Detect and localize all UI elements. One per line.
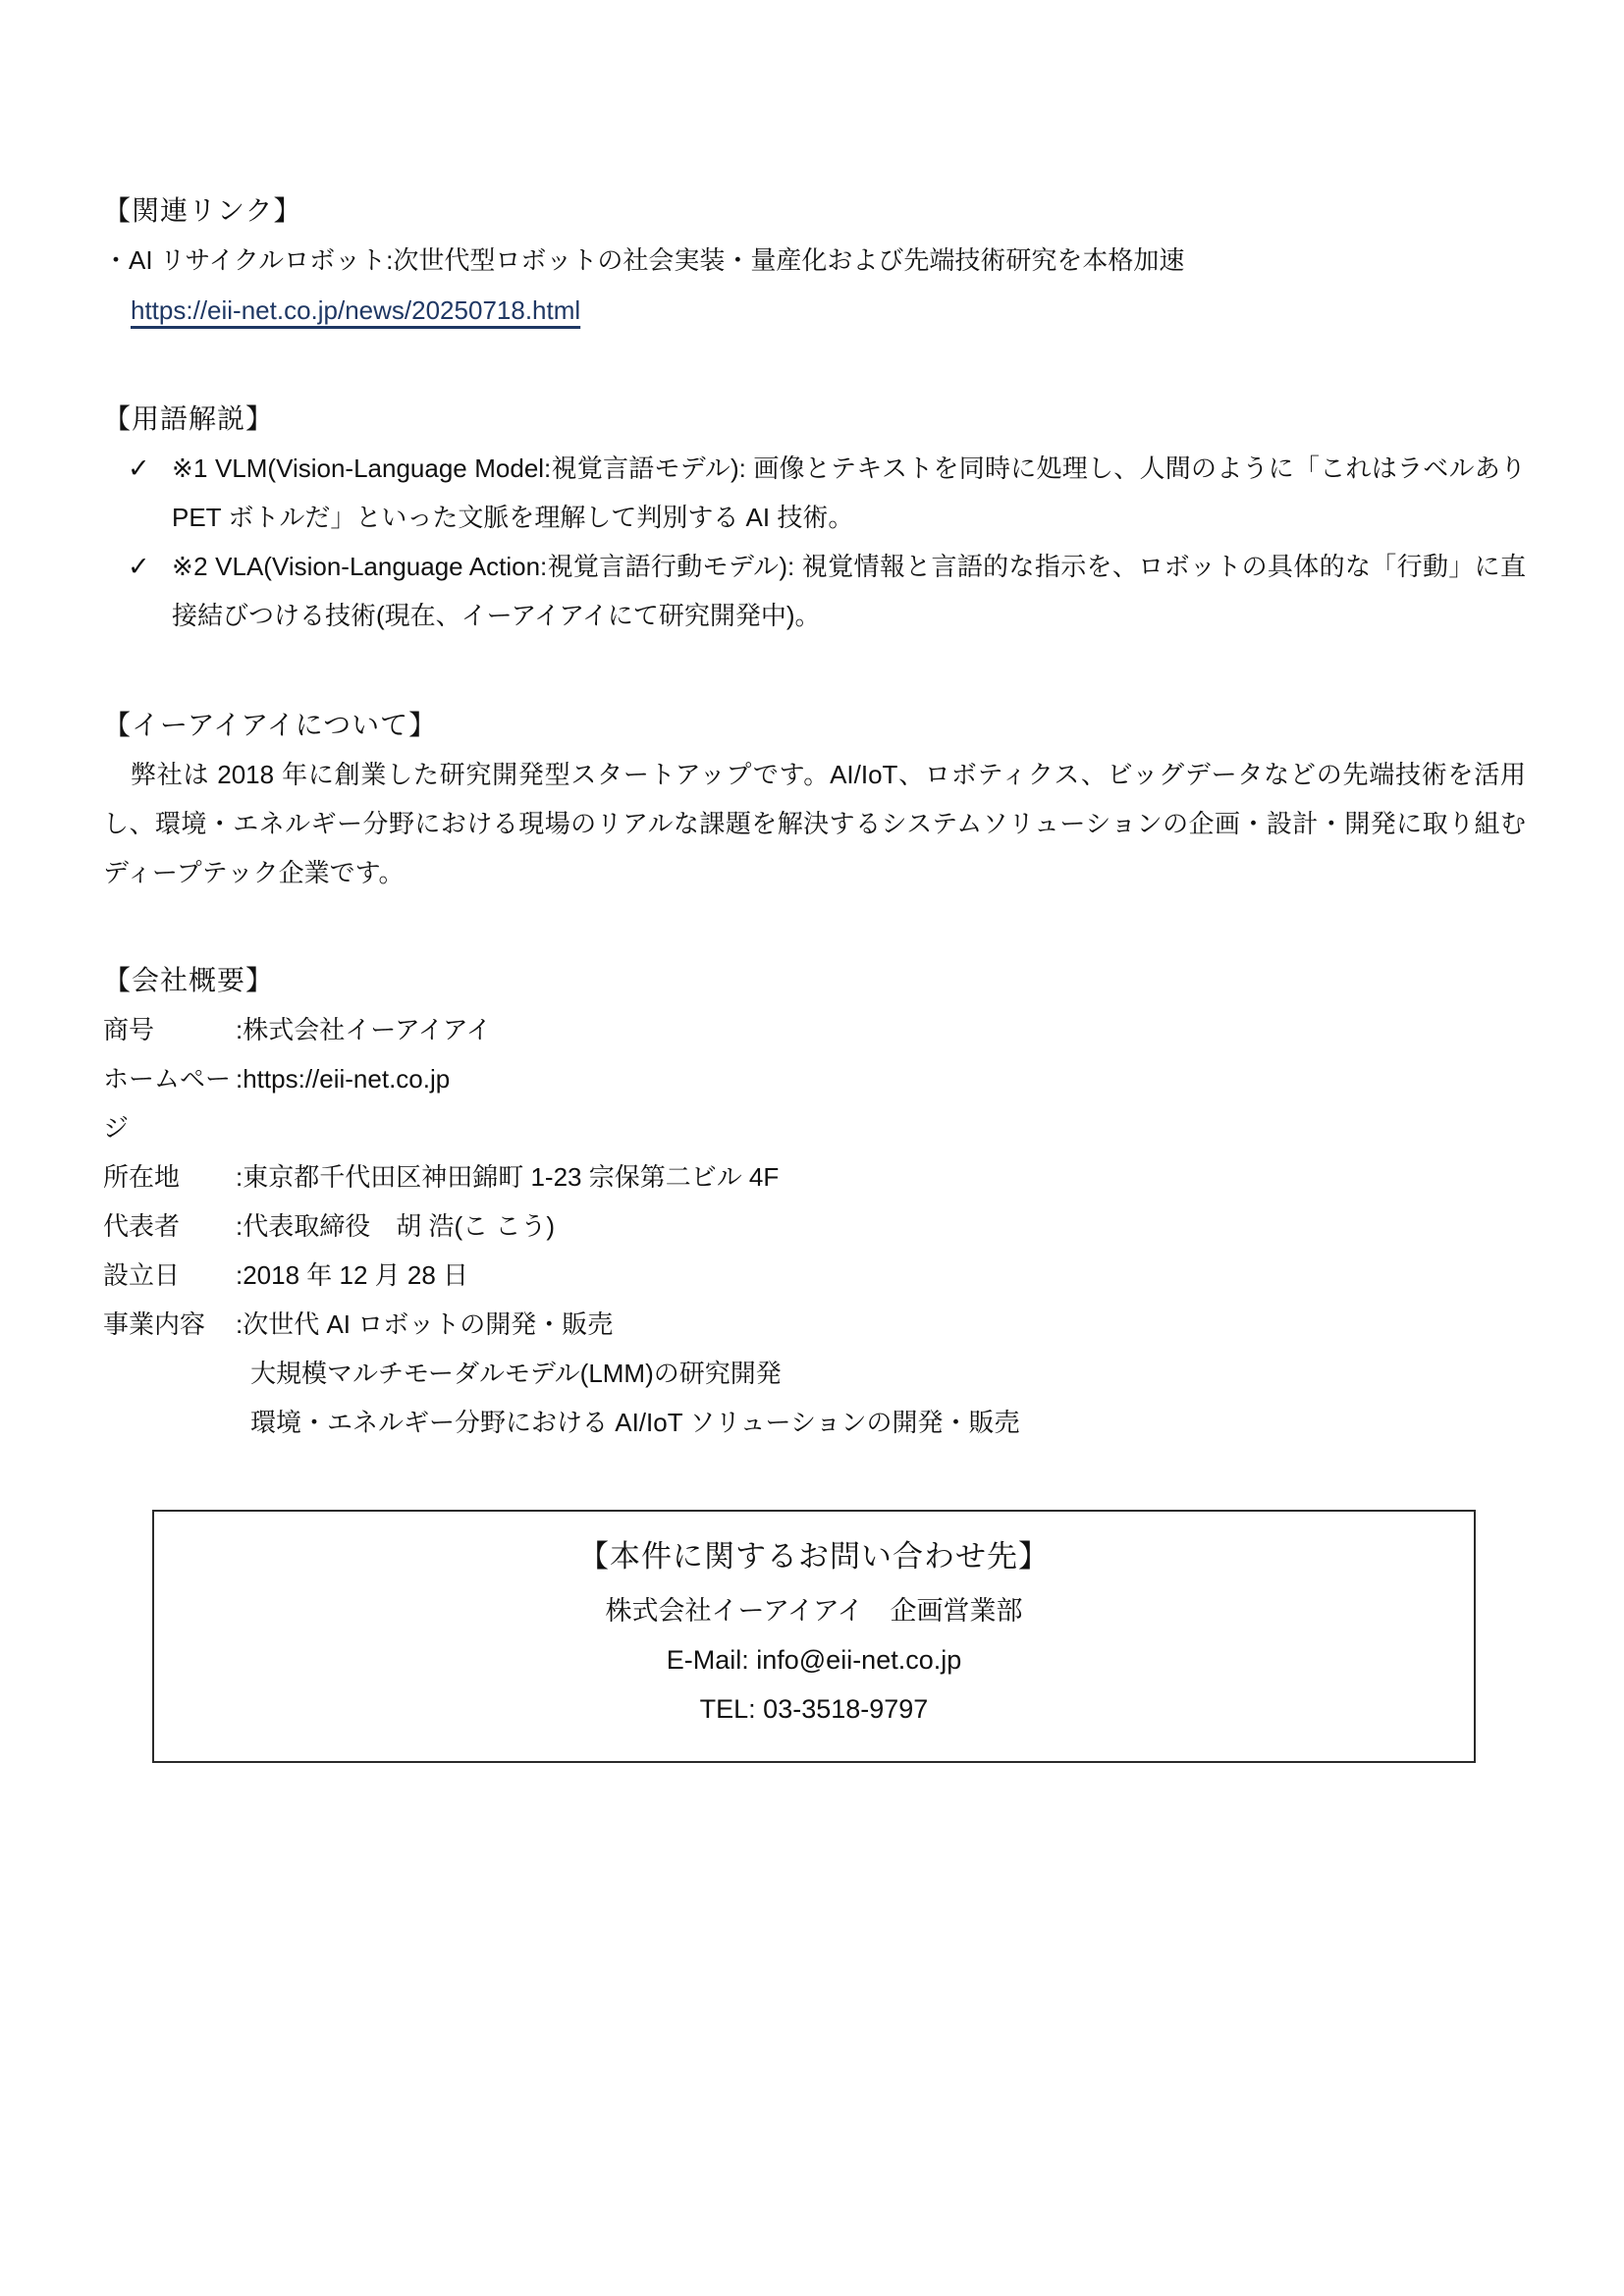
contact-tel: TEL: 03-3518-9797 [174, 1684, 1454, 1734]
contact-email: E-Mail: info@eii-net.co.jp [174, 1635, 1454, 1684]
profile-label: 設立日 [103, 1251, 236, 1300]
checkmark-icon: ✓ [128, 542, 150, 591]
news-link[interactable]: https://eii-net.co.jp/news/20250718.html [131, 295, 580, 325]
profile-value: :東京都千代田区神田錦町 1-23 宗保第二ビル 4F [236, 1152, 1526, 1201]
press-release-page: 【関連リンク】 ・AI リサイクルロボット:次世代型ロボットの社会実装・量産化お… [0, 0, 1624, 2296]
related-links-link-row: https://eii-net.co.jp/news/20250718.html [103, 285, 1526, 336]
about-heading: 【イーアイアイについて】 [103, 701, 1526, 750]
glossary-item-vlm: ✓ ※1 VLM(Vision-Language Model:視覚言語モデル):… [103, 444, 1526, 542]
glossary-item-vla-text: ※2 VLA(Vision-Language Action:視覚言語行動モデル)… [172, 552, 1526, 630]
contact-box-heading: 【本件に関するお問い合わせ先】 [174, 1527, 1454, 1586]
about-body: 弊社は 2018 年に創業した研究開発型スタートアップです。AI/IoT、ロボテ… [103, 750, 1526, 897]
profile-row-trade-name: 商号 :株式会社イーアイアイ [103, 1005, 1526, 1054]
profile-row-founded: 設立日 :2018 年 12 月 28 日 [103, 1251, 1526, 1300]
profile-business-extra-1: 大規模マルチモーダルモデル(LMM)の研究開発 [250, 1349, 1526, 1398]
glossary-item-vlm-text: ※1 VLM(Vision-Language Model:視覚言語モデル): 画… [172, 454, 1526, 532]
profile-value: :2018 年 12 月 28 日 [236, 1251, 1526, 1300]
profile-row-business: 事業内容 :次世代 AI ロボットの開発・販売 [103, 1300, 1526, 1349]
document-content: 【関連リンク】 ・AI リサイクルロボット:次世代型ロボットの社会実装・量産化お… [103, 187, 1526, 1763]
profile-value: :次世代 AI ロボットの開発・販売 [236, 1300, 1526, 1349]
profile-label: 商号 [103, 1005, 236, 1054]
profile-row-representative: 代表者 :代表取締役 胡 浩(こ こう) [103, 1201, 1526, 1251]
profile-label: 事業内容 [103, 1300, 236, 1349]
related-links-heading: 【関連リンク】 [103, 187, 1526, 236]
profile-label: 代表者 [103, 1201, 236, 1251]
glossary-heading: 【用語解説】 [103, 395, 1526, 444]
profile-business-extra-2: 環境・エネルギー分野における AI/IoT ソリューションの開発・販売 [250, 1398, 1526, 1447]
profile-label: ホームページ [103, 1054, 236, 1152]
related-links-item: ・AI リサイクルロボット:次世代型ロボットの社会実装・量産化および先端技術研究… [103, 236, 1526, 285]
checkmark-icon: ✓ [128, 444, 150, 493]
profile-row-homepage: ホームページ :https://eii-net.co.jp [103, 1054, 1526, 1152]
profile-value: :代表取締役 胡 浩(こ こう) [236, 1201, 1526, 1251]
contact-company: 株式会社イーアイアイ 企画営業部 [174, 1586, 1454, 1635]
profile-value: :https://eii-net.co.jp [236, 1054, 1526, 1152]
company-profile-heading: 【会社概要】 [103, 956, 1526, 1005]
profile-value: :株式会社イーアイアイ [236, 1005, 1526, 1054]
glossary-item-vla: ✓ ※2 VLA(Vision-Language Action:視覚言語行動モデ… [103, 542, 1526, 640]
contact-box: 【本件に関するお問い合わせ先】 株式会社イーアイアイ 企画営業部 E-Mail:… [152, 1510, 1476, 1763]
profile-label: 所在地 [103, 1152, 236, 1201]
profile-row-address: 所在地 :東京都千代田区神田錦町 1-23 宗保第二ビル 4F [103, 1152, 1526, 1201]
